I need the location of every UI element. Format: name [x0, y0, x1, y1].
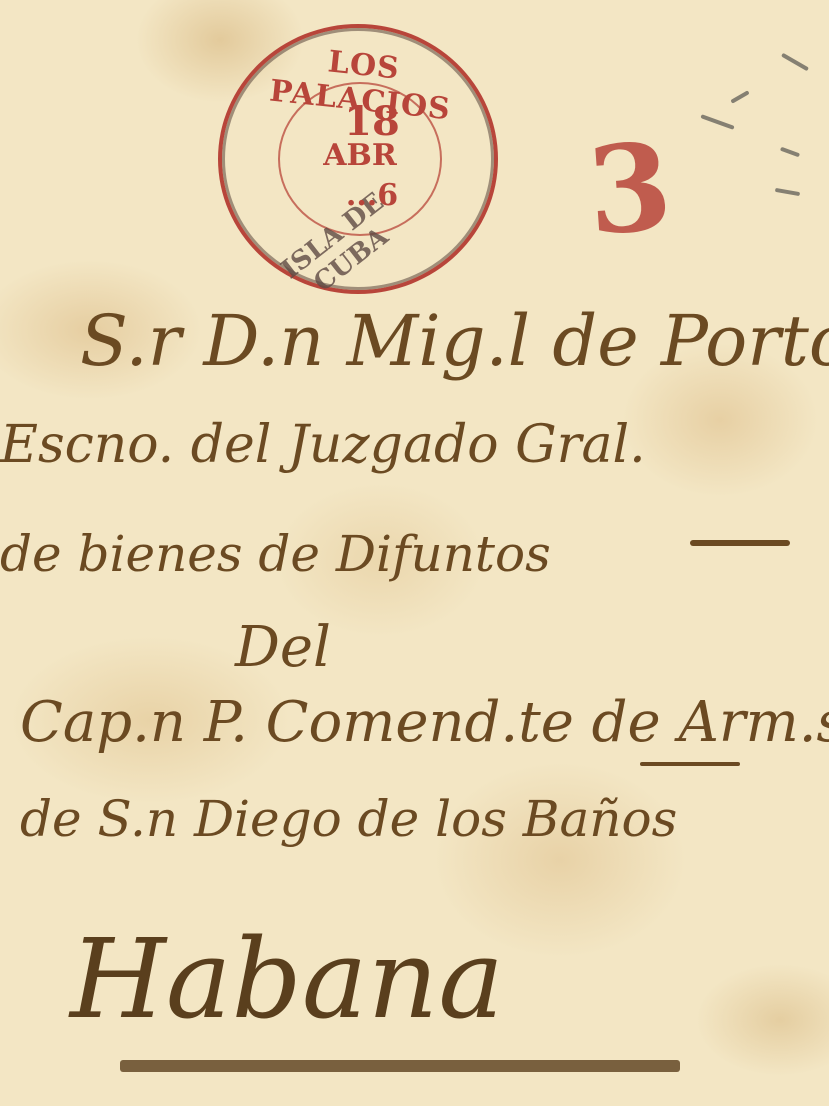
city-underline-flourish	[120, 1060, 680, 1072]
address-line-recipient: S.r D.n Mig.l de Porto	[80, 300, 829, 382]
postage-rate-mark: 3	[584, 127, 676, 253]
address-line-office: de bienes de Difuntos	[0, 525, 551, 583]
postmark-month: ABR	[310, 138, 410, 173]
ink-smudge-marks	[680, 40, 810, 190]
circular-postmark: LOS PALACIOS ISLA DE CUBA 18 ABR ...6	[218, 24, 498, 294]
flourish-rule	[690, 540, 790, 546]
flourish-rule	[640, 762, 740, 766]
address-city: Habana	[70, 915, 504, 1043]
address-line-captain: Cap.n P. Comend.te de Arm.s	[20, 690, 829, 755]
address-line-title: Escno. del Juzgado Gral.	[0, 415, 646, 475]
address-line-place: de S.n Diego de los Baños	[20, 790, 677, 848]
postmark-year: ...6	[322, 178, 422, 213]
address-line-del: Del	[235, 615, 331, 680]
